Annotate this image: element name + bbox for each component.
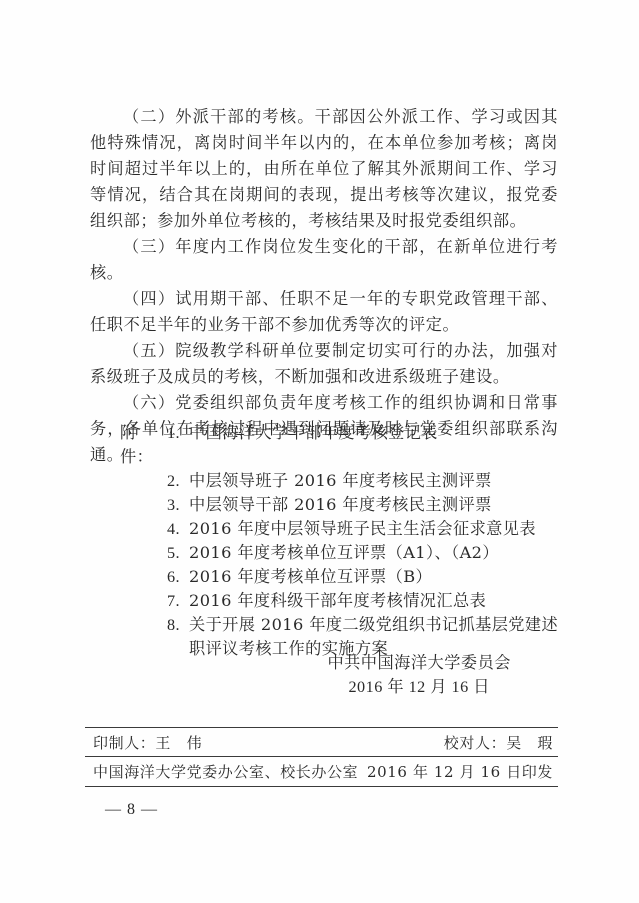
attachment-number: 8. <box>167 613 189 637</box>
body-text: （二）外派干部的考核。干部因公外派工作、学习或因其他特殊情况，离岗时间半年以内的… <box>90 104 558 468</box>
attachment-title: 2016 年度科级干部年度考核情况汇总表 <box>189 589 560 613</box>
print-info-table: 印制人：王 伟 校对人：吴 瑕 中国海洋大学党委办公室、校长办公室 2016 年… <box>85 727 558 787</box>
page-number: — 8 — <box>105 801 158 819</box>
attachment-title: 2016 年度考核单位互评票（A1）、（A2） <box>189 541 560 565</box>
paragraph-3: （三）年度内工作岗位发生变化的干部，在新单位进行考核。 <box>90 234 558 286</box>
attachment-item: 4. 2016 年度中层领导班子民主生活会征求意见表 <box>120 517 560 541</box>
attachment-number: 5. <box>167 541 189 565</box>
proofreader-name: 校对人：吴 瑕 <box>444 732 553 753</box>
attachment-item: 3. 中层领导干部 2016 年度考核民主测评票 <box>120 493 560 517</box>
attachment-number: 7. <box>167 589 189 613</box>
divider <box>85 786 558 787</box>
paragraph-5: （五）院级教学科研单位要制定切实可行的办法，加强对系级班子及成员的考核，不断加强… <box>90 338 558 390</box>
attachment-item: 2. 中层领导班子 2016 年度考核民主测评票 <box>120 469 560 493</box>
attachment-title: 中国海洋大学干部年度考核登记表 <box>189 421 560 445</box>
attachment-item: 7. 2016 年度科级干部年度考核情况汇总表 <box>120 589 560 613</box>
attachment-title: 2016 年度考核单位互评票（B） <box>189 565 560 589</box>
attachment-number: 4. <box>167 517 189 541</box>
attachments-list: 附件： 1. 中国海洋大学干部年度考核登记表 2. 中层领导班子 2016 年度… <box>120 421 560 661</box>
paragraph-4: （四）试用期干部、任职不足一年的专职党政管理干部、任职不足半年的业务干部不参加优… <box>90 286 558 338</box>
attachment-title: 中层领导班子 2016 年度考核民主测评票 <box>189 469 560 493</box>
attachment-title: 2016 年度中层领导班子民主生活会征求意见表 <box>189 517 560 541</box>
printer-name: 印制人：王 伟 <box>93 732 202 753</box>
attachment-item: 5. 2016 年度考核单位互评票（A1）、（A2） <box>120 541 560 565</box>
print-info-row: 印制人：王 伟 校对人：吴 瑕 <box>85 728 558 756</box>
issuing-office: 中国海洋大学党委办公室、校长办公室 <box>93 761 358 782</box>
attachment-item: 6. 2016 年度考核单位互评票（B） <box>120 565 560 589</box>
attachment-title: 中层领导干部 2016 年度考核民主测评票 <box>189 493 560 517</box>
signature-block: 中共中国海洋大学委员会 2016 年 12 月 16 日 <box>327 651 511 699</box>
document-page: （二）外派干部的考核。干部因公外派工作、学习或因其他特殊情况，离岗时间半年以内的… <box>0 0 639 903</box>
attachment-number: 3. <box>167 493 189 517</box>
paragraph-2: （二）外派干部的考核。干部因公外派工作、学习或因其他特殊情况，离岗时间半年以内的… <box>90 104 558 234</box>
issue-date: 2016 年 12 月 16 日印发 <box>367 761 553 782</box>
attachment-number: 6. <box>167 565 189 589</box>
attachment-number: 1. <box>167 421 189 445</box>
signing-organization: 中共中国海洋大学委员会 <box>327 651 511 675</box>
signing-date: 2016 年 12 月 16 日 <box>327 675 511 699</box>
attachment-number: 2. <box>167 469 189 493</box>
attachment-item: 附件： 1. 中国海洋大学干部年度考核登记表 <box>120 421 560 469</box>
attachments-label: 附件： <box>120 421 167 469</box>
issue-info-row: 中国海洋大学党委办公室、校长办公室 2016 年 12 月 16 日印发 <box>85 757 558 786</box>
